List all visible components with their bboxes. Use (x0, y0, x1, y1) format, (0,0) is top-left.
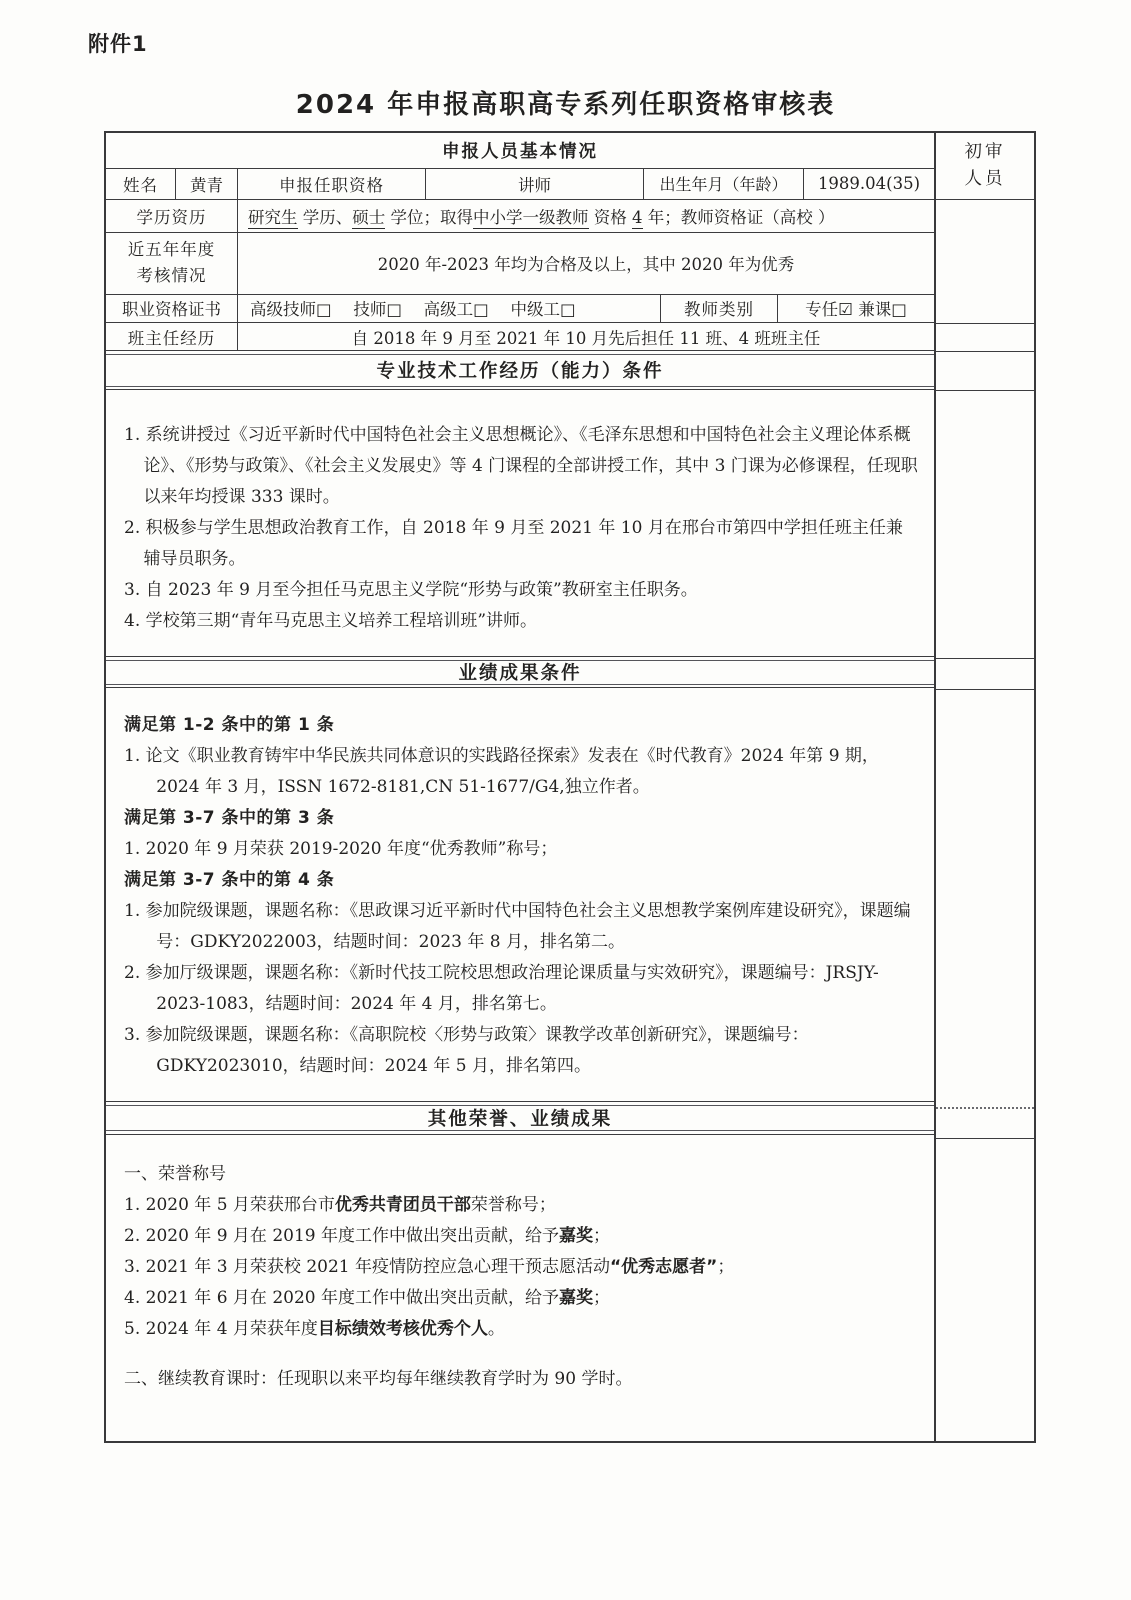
birth-label-cell: 出生年月（年龄） (644, 169, 804, 199)
reviewer-empty-cell (936, 659, 1034, 690)
honor-bold-text: 嘉奖 (559, 1288, 593, 1308)
teacher-type-label: 教师类别 (684, 296, 754, 320)
appraisal-value: 2020 年-2023 年均为合格及以上，其中 2020 年为优秀 (378, 251, 795, 275)
experience-item: 4. 学校第三期“青年马克思主义培养工程培训班”讲师。 (124, 606, 918, 637)
experience-section-header-row: 专业技术工作经历（能力）条件 (106, 351, 934, 390)
apply-title-value-cell: 讲师 (426, 169, 644, 199)
reviewer-empty-cell (936, 1139, 1034, 1441)
teacher-type-value-cell: 专任☑ 兼课□ (778, 295, 934, 323)
appraisal-label: 近五年年度 考核情况 (128, 237, 216, 289)
honor-text: 3. 2021 年 3 月荣获校 2021 年疫情防控应急心理干预志愿活动 (124, 1257, 610, 1277)
reviewer-empty-cell (936, 200, 1034, 324)
teacher-rank: 中小学一级教师 (473, 208, 589, 229)
reviewer-empty-cell (936, 1109, 1034, 1139)
reviewer-label-line2: 人员 (965, 169, 1006, 189)
honor-text: ； (593, 1288, 610, 1308)
appraisal-label-cell: 近五年年度 考核情况 (106, 233, 238, 294)
degree-level: 硕士 (352, 208, 385, 229)
achievement-item: 2. 参加厅级课题，课题名称：《新时代技工院校思想政治理论课质量与实效研究》，课… (124, 958, 918, 1020)
achievement-item: 1. 论文《职业教育铸牢中华民族共同体意识的实践路径探索》发表在《时代教育》20… (124, 741, 918, 803)
teacher-type-label-cell: 教师类别 (661, 295, 778, 323)
honor-text: 5. 2024 年 4 月荣获年度 (124, 1319, 318, 1339)
achievement-group-heading: 满足第 1-2 条中的第 1 条 (124, 710, 918, 741)
name-label: 姓名 (123, 172, 158, 196)
achievements-content: 满足第 1-2 条中的第 1 条 1. 论文《职业教育铸牢中华民族共同体意识的实… (106, 688, 934, 1101)
edu-text: 年；教师资格证（高校 ） (643, 208, 835, 227)
experience-item: 2. 积极参与学生思想政治教育工作，自 2018 年 9 月至 2021 年 1… (124, 513, 918, 575)
honor-item: 4. 2021 年 6 月在 2020 年度工作中做出突出贡献，给予嘉奖； (124, 1283, 918, 1314)
basic-info-header-cell: 申报人员基本情况 (106, 133, 934, 168)
honor-bold-text: “优秀志愿者” (610, 1257, 717, 1277)
honors-content-row: 一、荣誉称号 1. 2020 年 5 月荣获邢台市优秀共青团员干部荣誉称号； 2… (106, 1135, 934, 1441)
homeroom-label: 班主任经历 (128, 325, 216, 349)
appraisal-value-cell: 2020 年-2023 年均为合格及以上，其中 2020 年为优秀 (238, 233, 934, 294)
education-value-cell: 研究生 学历、硕士 学位；取得中小学一级教师 资格 4 年；教师资格证（高校 ） (238, 200, 934, 232)
vocational-cert-label: 职业资格证书 (122, 296, 221, 320)
experience-content: 1. 系统讲授过《习近平新时代中国特色社会主义思想概论》、《毛泽东思想和中国特色… (106, 390, 934, 656)
birth-value-cell: 1989.04(35) (804, 169, 934, 199)
experience-section-title: 专业技术工作经历（能力）条件 (106, 357, 934, 383)
reviewer-column: 初审 人员 (934, 133, 1034, 1441)
teacher-type-checkboxes: 专任☑ 兼课□ (805, 296, 907, 320)
experience-item: 1. 系统讲授过《习近平新时代中国特色社会主义思想概论》、《毛泽东思想和中国特色… (124, 420, 918, 513)
apply-title-label: 申报任职资格 (279, 172, 384, 196)
document-title: 2024 年申报高职高专系列任职资格审核表 (0, 84, 1131, 121)
honor-bold-text: 优秀共青团员干部 (335, 1195, 471, 1215)
homeroom-value: 自 2018 年 9 月至 2021 年 10 月先后担任 11 班、4 班班主… (352, 325, 821, 349)
education-label: 学历资历 (137, 204, 207, 228)
edu-text: 学历、 (298, 208, 353, 227)
achievements-content-row: 满足第 1-2 条中的第 1 条 1. 论文《职业教育铸牢中华民族共同体意识的实… (106, 688, 934, 1102)
homeroom-label-cell: 班主任经历 (106, 323, 238, 350)
honor-text: 1. 2020 年 5 月荣获邢台市 (124, 1195, 335, 1215)
honor-text: 2. 2020 年 9 月在 2019 年度工作中做出突出贡献，给予 (124, 1226, 559, 1246)
apply-title-label-cell: 申报任职资格 (238, 169, 426, 199)
birth-value: 1989.04(35) (818, 174, 920, 193)
appraisal-label-line2: 考核情况 (137, 266, 207, 285)
honor-bold-text: 嘉奖 (559, 1226, 593, 1246)
appraisal-label-line1: 近五年年度 (128, 240, 216, 259)
vocational-cert-options-cell: 高级技师□ 技师□ 高级工□ 中级工□ (238, 295, 661, 323)
vocational-cert-checkboxes: 高级技师□ 技师□ 高级工□ 中级工□ (250, 296, 576, 320)
education-label-cell: 学历资历 (106, 200, 238, 232)
homeroom-row: 班主任经历 自 2018 年 9 月至 2021 年 10 月先后担任 11 班… (106, 323, 934, 351)
achievement-group-heading: 满足第 3-7 条中的第 3 条 (124, 803, 918, 834)
reviewer-label: 初审 人员 (965, 139, 1006, 193)
name-value-cell: 黄青 (176, 169, 238, 199)
honor-item: 2. 2020 年 9 月在 2019 年度工作中做出突出贡献，给予嘉奖； (124, 1221, 918, 1252)
honor-text: ； (717, 1257, 734, 1277)
honor-text: ； (593, 1226, 610, 1246)
achievements-section-title: 业绩成果条件 (106, 659, 934, 685)
achievement-item: 3. 参加院级课题，课题名称：《高职院校〈形势与政策〉课教学改革创新研究》，课题… (124, 1020, 918, 1082)
edu-text: 资格 (589, 208, 633, 227)
reviewer-empty-cell (936, 391, 1034, 659)
achievement-item: 1. 2020 年 9 月荣获 2019-2020 年度“优秀教师”称号； (124, 834, 918, 865)
name-value: 黄青 (190, 172, 223, 196)
reviewer-label-line1: 初审 (965, 142, 1006, 162)
education-value: 研究生 学历、硕士 学位；取得中小学一级教师 资格 4 年；教师资格证（高校 ） (248, 204, 835, 228)
apply-title-value: 讲师 (518, 172, 551, 196)
honor-text: 荣誉称号； (471, 1195, 556, 1215)
vocational-cert-row: 职业资格证书 高级技师□ 技师□ 高级工□ 中级工□ 教师类别 专任☑ 兼课□ (106, 295, 934, 324)
honor-item: 1. 2020 年 5 月荣获邢台市优秀共青团员干部荣誉称号； (124, 1190, 918, 1221)
rank-years: 4 (632, 208, 643, 229)
honor-text: 。 (488, 1319, 505, 1339)
edu-text: 学位；取得 (385, 208, 473, 227)
honor-item: 3. 2021 年 3 月荣获校 2021 年疫情防控应急心理干预志愿活动“优秀… (124, 1252, 918, 1283)
name-label-cell: 姓名 (106, 169, 176, 199)
education-row: 学历资历 研究生 学历、硕士 学位；取得中小学一级教师 资格 4 年；教师资格证… (106, 200, 934, 233)
basic-info-header-row: 申报人员基本情况 (106, 133, 934, 169)
scanned-document-page: 附件1 2024 年申报高职高专系列任职资格审核表 申报人员基本情况 姓名 黄青… (0, 0, 1131, 1600)
homeroom-value-cell: 自 2018 年 9 月至 2021 年 10 月先后担任 11 班、4 班班主… (238, 323, 934, 350)
basic-info-header-text: 申报人员基本情况 (110, 138, 930, 163)
qualification-review-table: 申报人员基本情况 姓名 黄青 申报任职资格 讲师 出生年月（年龄） (104, 131, 1036, 1443)
reviewer-empty-cell (936, 352, 1034, 391)
experience-content-row: 1. 系统讲授过《习近平新时代中国特色社会主义思想概论》、《毛泽东思想和中国特色… (106, 390, 934, 657)
appraisal-row: 近五年年度 考核情况 2020 年-2023 年均为合格及以上，其中 2020 … (106, 233, 934, 295)
continuing-education-line: 二、继续教育课时：任现职以来平均每年继续教育学时为 90 学时。 (124, 1364, 918, 1395)
reviewer-empty-cell-dotted (936, 690, 1034, 1109)
honor-text: 4. 2021 年 6 月在 2020 年度工作中做出突出贡献，给予 (124, 1288, 559, 1308)
honor-item: 5. 2024 年 4 月荣获年度目标绩效考核优秀个人。 (124, 1314, 918, 1345)
vocational-cert-label-cell: 职业资格证书 (106, 295, 238, 323)
achievements-section-header-row: 业绩成果条件 (106, 657, 934, 688)
honors-subtitle: 一、荣誉称号 (124, 1159, 918, 1190)
attachment-label: 附件1 (88, 28, 148, 58)
honors-section-header-row: 其他荣誉、业绩成果 (106, 1102, 934, 1135)
honors-content: 一、荣誉称号 1. 2020 年 5 月荣获邢台市优秀共青团员干部荣誉称号； 2… (106, 1135, 934, 1441)
achievement-group-heading: 满足第 3-7 条中的第 4 条 (124, 865, 918, 896)
honor-bold-text: 目标绩效考核优秀个人 (318, 1319, 488, 1339)
name-row: 姓名 黄青 申报任职资格 讲师 出生年月（年龄） 1989.04(35) (106, 169, 934, 200)
achievement-item: 1. 参加院级课题，课题名称：《思政课习近平新时代中国特色社会主义思想教学案例库… (124, 896, 918, 958)
spacer (124, 1345, 918, 1364)
table-main-column: 申报人员基本情况 姓名 黄青 申报任职资格 讲师 出生年月（年龄） (106, 133, 934, 1441)
reviewer-label-cell: 初审 人员 (936, 133, 1034, 200)
honors-section-title: 其他荣誉、业绩成果 (106, 1105, 934, 1131)
degree-type: 研究生 (248, 208, 298, 229)
experience-item: 3. 自 2023 年 9 月至今担任马克思主义学院“形势与政策”教研室主任职务… (124, 575, 918, 606)
reviewer-empty-cell (936, 324, 1034, 352)
birth-label: 出生年月（年龄） (659, 172, 787, 195)
